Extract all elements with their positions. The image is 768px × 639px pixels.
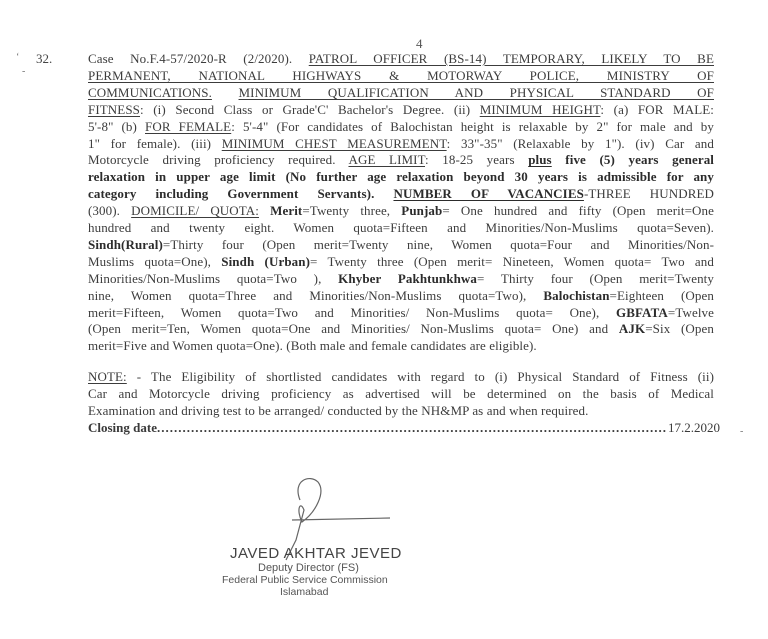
signature-scribble <box>0 0 768 639</box>
signatory-city: Islamabad <box>280 586 430 598</box>
signatory-title: Deputy Director (FS) <box>258 562 430 574</box>
signatory-organization: Federal Public Service Commission <box>222 574 430 586</box>
signatory-name: JAVED AKHTAR JEVED <box>230 545 430 562</box>
signature-block: JAVED AKHTAR JEVED Deputy Director (FS) … <box>210 545 430 598</box>
